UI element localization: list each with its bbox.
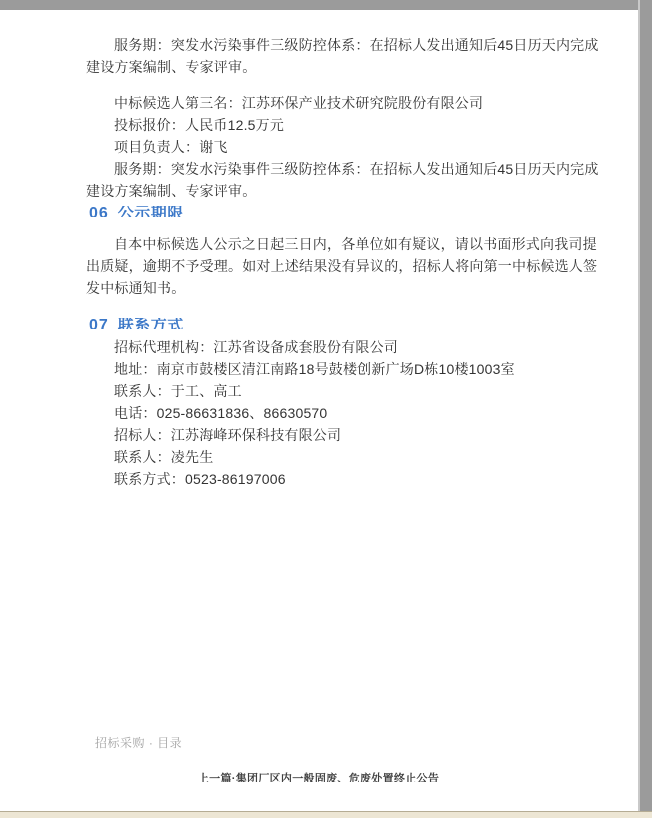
paragraph-candidate-third: 中标候选人第三名：江苏环保产业技术研究院股份有限公司 投标报价：人民币12.5万… (86, 92, 586, 202)
paragraph-publicity-period: 自本中标候选人公示之日起三日内，各单位如有疑议，请以书面形式向我司提 出质疑，逾… (86, 233, 586, 299)
prev-article-row: 上一篇·集团厂区内一般固废、危废处置终止公告 (0, 769, 637, 782)
document-page-content: 服务期：突发水污染事件三级防控体系：在招标人发出通知后45日历天内完成 建设方案… (86, 34, 586, 490)
text-line: 服务期：突发水污染事件三级防控体系：在招标人发出通知后45日历天内完成 (86, 34, 586, 56)
text-line: 服务期：突发水污染事件三级防控体系：在招标人发出通知后45日历天内完成 (86, 158, 586, 180)
section-heading-contact-info: 07联系方式 (86, 318, 586, 329)
text-line: 投标报价：人民币12.5万元 (86, 114, 586, 136)
paragraph-contact-info: 招标代理机构：江苏省设备成套股份有限公司 地址：南京市鼓楼区清江南路18号鼓楼创… (86, 336, 586, 490)
paragraph-service-period-tail: 服务期：突发水污染事件三级防控体系：在招标人发出通知后45日历天内完成 建设方案… (86, 34, 586, 78)
text-line: 招标人：江苏海峰环保科技有限公司 (86, 424, 586, 446)
prev-article-link[interactable]: 上一篇·集团厂区内一般固废、危废处置终止公告 (198, 773, 439, 782)
viewer-top-edge (0, 0, 652, 10)
viewer-right-edge (638, 0, 652, 811)
text-line: 地址：南京市鼓楼区清江南路18号鼓楼创新广场D栋10楼1003室 (86, 358, 586, 380)
text-line: 联系人：凌先生 (86, 446, 586, 468)
text-line: 建设方案编制、专家评审。 (86, 56, 586, 78)
text-line: 电话：025-86631836、86630570 (86, 402, 586, 424)
breadcrumb[interactable]: 招标采购 · 目录 (95, 735, 182, 752)
text-line: 出质疑，逾期不予受理。如对上述结果没有异议的，招标人将向第一中标候选人签 (86, 255, 586, 277)
text-line: 发中标通知书。 (86, 277, 586, 299)
text-line: 招标代理机构：江苏省设备成套股份有限公司 (86, 336, 586, 358)
text-line: 自本中标候选人公示之日起三日内，各单位如有疑议，请以书面形式向我司提 (86, 233, 586, 255)
section-title: 公示期限 (118, 206, 184, 217)
section-heading-publicity-period: 06公示期限 (86, 206, 586, 217)
text-line: 建设方案编制、专家评审。 (86, 180, 586, 202)
text-line: 联系方式：0523-86197006 (86, 468, 586, 490)
text-line: 联系人：于工、高工 (86, 380, 586, 402)
section-number: 07 (89, 318, 109, 329)
text-line: 中标候选人第三名：江苏环保产业技术研究院股份有限公司 (86, 92, 586, 114)
text-line: 项目负责人：谢飞 (86, 136, 586, 158)
section-number: 06 (89, 206, 109, 217)
document-viewer: 服务期：突发水污染事件三级防控体系：在招标人发出通知后45日历天内完成 建设方案… (0, 0, 652, 818)
section-title: 联系方式 (118, 318, 184, 329)
viewer-bottom-strip (0, 811, 652, 818)
